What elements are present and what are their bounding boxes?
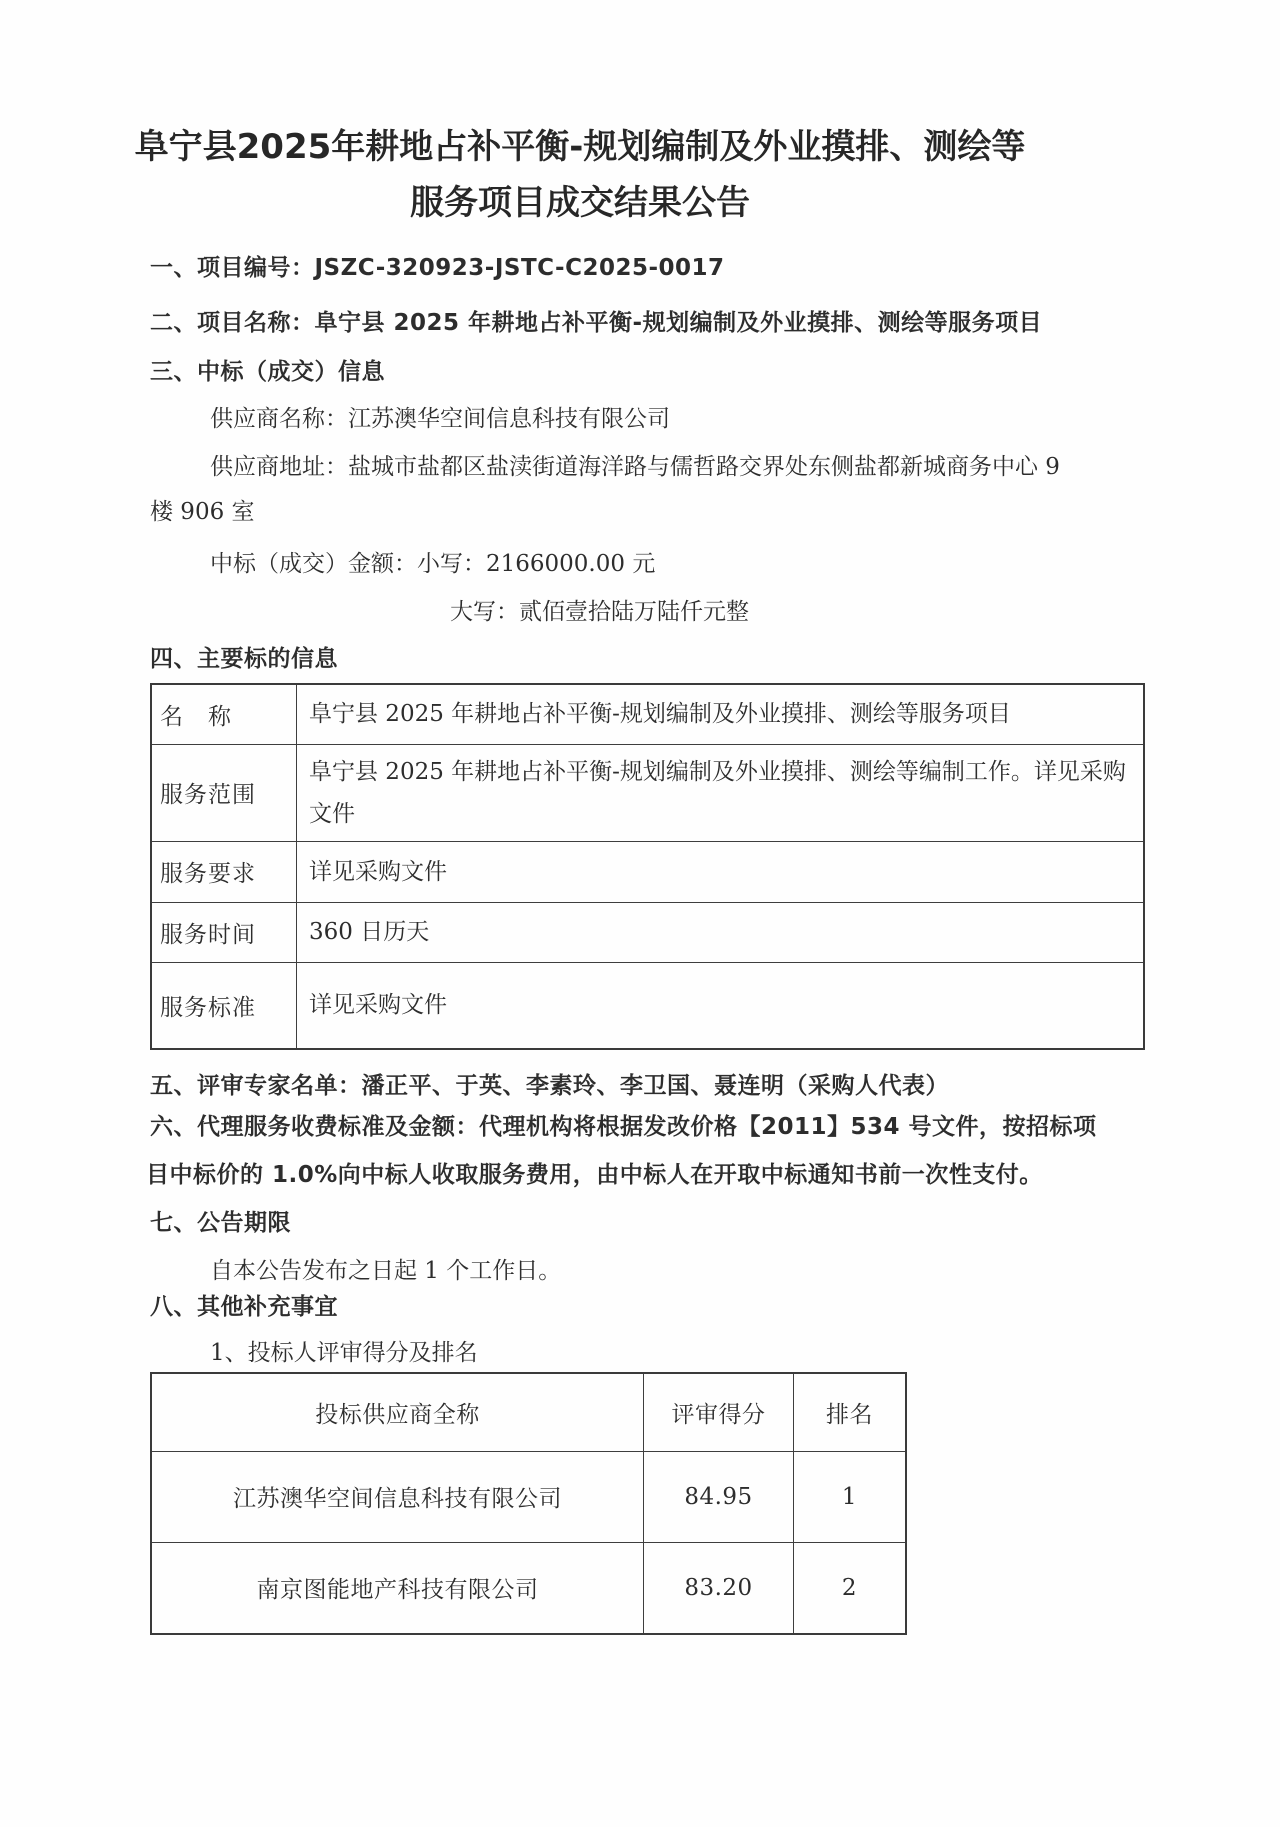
score-row1-rank: 1 [794,1451,907,1542]
score-header-supplier: 投标供应商全称 [151,1373,644,1451]
score-table-header-row: 投标供应商全称 评审得分 排名 [151,1373,906,1451]
doc-title-line2: 服务项目成交结果公告 [130,182,1030,224]
main-info-label-standard: 服务标准 [151,962,297,1049]
main-info-table: 名 称 阜宁县 2025 年耕地占补平衡-规划编制及外业摸排、测绘等服务项目 服… [150,683,1145,1050]
main-info-label-scope: 服务范围 [151,744,297,841]
table-row: 服务范围 阜宁县 2025 年耕地占补平衡-规划编制及外业摸排、测绘等编制工作。… [151,744,1144,841]
table-row: 名 称 阜宁县 2025 年耕地占补平衡-规划编制及外业摸排、测绘等服务项目 [151,684,1144,744]
heading-main-info: 四、主要标的信息 [150,644,338,674]
line-supplier-address-2: 楼 906 室 [150,497,255,527]
main-info-value-time: 360 日历天 [297,902,1145,962]
score-row1-supplier: 江苏澳华空间信息科技有限公司 [151,1451,644,1542]
line-amount-uppercase: 大写：贰佰壹拾陆万陆仟元整 [450,597,749,627]
item-project-name: 二、项目名称：阜宁县 2025 年耕地占补平衡-规划编制及外业摸排、测绘等服务项… [150,308,1042,338]
table-row: 南京图能地产科技有限公司 83.20 2 [151,1542,906,1634]
main-info-value-requirement: 详见采购文件 [297,841,1145,902]
item-expert-list: 五、评审专家名单：潘正平、于英、李素玲、李卫国、聂连明（采购人代表） [150,1071,949,1101]
main-info-value-standard: 详见采购文件 [297,962,1145,1049]
score-header-rank: 排名 [794,1373,907,1451]
line-supplier-name: 供应商名称：江苏澳华空间信息科技有限公司 [210,404,670,434]
table-row: 江苏澳华空间信息科技有限公司 84.95 1 [151,1451,906,1542]
score-row2-score: 83.20 [644,1542,794,1634]
main-info-label-time: 服务时间 [151,902,297,962]
heading-announcement-period: 七、公告期限 [150,1208,291,1238]
line-announcement-period-body: 自本公告发布之日起 1 个工作日。 [210,1256,561,1286]
main-info-label-name: 名 称 [151,684,297,744]
main-info-label-requirement: 服务要求 [151,841,297,902]
item-project-number: 一、项目编号：JSZC-320923-JSTC-C2025-0017 [150,253,725,283]
line-supplier-address-1: 供应商地址：盐城市盐都区盐渎街道海洋路与儒哲路交界处东侧盐都新城商务中心 9 [210,452,1060,482]
heading-other-matters: 八、其他补充事宜 [150,1292,338,1322]
line-amount-lowercase: 中标（成交）金额：小写：2166000.00 元 [210,549,655,579]
main-info-value-scope: 阜宁县 2025 年耕地占补平衡-规划编制及外业摸排、测绘等编制工作。详见采购文… [297,744,1145,841]
document-page: 阜宁县2025年耕地占补平衡-规划编制及外业摸排、测绘等 服务项目成交结果公告 … [0,0,1280,1827]
heading-award-info: 三、中标（成交）信息 [150,357,385,387]
score-row2-supplier: 南京图能地产科技有限公司 [151,1542,644,1634]
score-row2-rank: 2 [794,1542,907,1634]
line-score-ranking-subtitle: 1、投标人评审得分及排名 [210,1338,478,1368]
table-row: 服务要求 详见采购文件 [151,841,1144,902]
score-row1-score: 84.95 [644,1451,794,1542]
main-info-value-name: 阜宁县 2025 年耕地占补平衡-规划编制及外业摸排、测绘等服务项目 [297,684,1145,744]
doc-title-line1: 阜宁县2025年耕地占补平衡-规划编制及外业摸排、测绘等 [130,126,1030,168]
item-agency-fee-line1: 六、代理服务收费标准及金额：代理机构将根据发改价格【2011】534 号文件，按… [150,1112,1097,1142]
table-row: 服务时间 360 日历天 [151,902,1144,962]
table-row: 服务标准 详见采购文件 [151,962,1144,1049]
item-agency-fee-line2: 目中标价的 1.0%向中标人收取服务费用，由中标人在开取中标通知书前一次性支付。 [146,1160,1043,1190]
score-header-score: 评审得分 [644,1373,794,1451]
score-table: 投标供应商全称 评审得分 排名 江苏澳华空间信息科技有限公司 84.95 1 南… [150,1372,907,1635]
